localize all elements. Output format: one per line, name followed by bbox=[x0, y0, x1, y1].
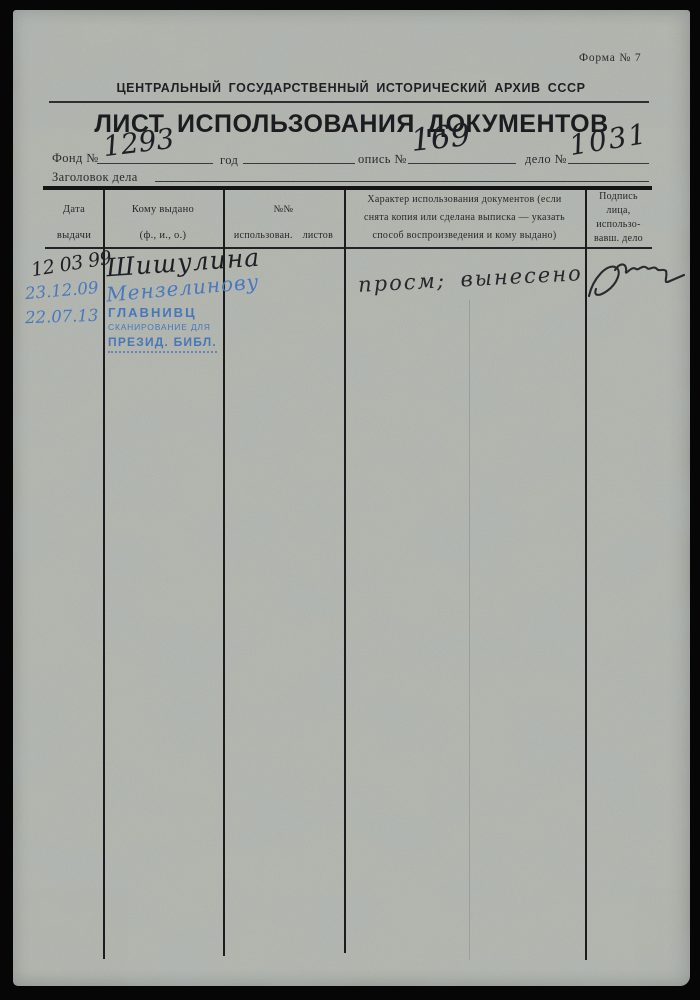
opis-label: опись № bbox=[358, 152, 407, 167]
column-header-usage-nature: Характер использования документов (если … bbox=[344, 191, 585, 245]
table-vline-4 bbox=[585, 190, 587, 960]
fond-label: Фонд № bbox=[52, 151, 99, 166]
table-vline-1 bbox=[103, 190, 105, 959]
opis-value-handwritten: 169 bbox=[409, 117, 472, 159]
table-top-rule bbox=[43, 186, 652, 190]
column-header-sheets: №№ использован. листов bbox=[223, 197, 344, 249]
god-line bbox=[243, 163, 355, 164]
delo-line bbox=[568, 163, 649, 164]
paper-crease bbox=[469, 300, 470, 960]
signature-scrawl bbox=[583, 258, 687, 304]
stamp-line-2: СКАНИРОВАНИЕ ДЛЯ bbox=[108, 322, 217, 332]
header-rule bbox=[49, 101, 649, 103]
column-header-signature: Подпись лица, использо- вавш. дело bbox=[585, 190, 652, 246]
column-header-issued-to: Кому выдано (ф., и., о.) bbox=[103, 197, 223, 249]
zagolovok-line bbox=[155, 181, 649, 182]
form-number: Форма № 7 bbox=[579, 52, 641, 64]
entry-date-2: 23.12.09 bbox=[24, 278, 99, 303]
library-stamp: ГЛАВНИВЦ СКАНИРОВАНИЕ ДЛЯ ПРЕЗИД. БИБЛ. bbox=[108, 305, 217, 353]
archive-header: ЦЕНТРАЛЬНЫЙ ГОСУДАРСТВЕННЫЙ ИСТОРИЧЕСКИЙ… bbox=[21, 81, 681, 95]
zagolovok-label: Заголовок дела bbox=[52, 170, 138, 185]
stamp-line-3: ПРЕЗИД. БИБЛ. bbox=[108, 335, 217, 353]
table-vline-2 bbox=[223, 190, 225, 956]
table-vline-3 bbox=[344, 190, 346, 953]
entry-date-1: 12 03 99 bbox=[30, 247, 113, 281]
stamp-line-1: ГЛАВНИВЦ bbox=[108, 305, 217, 320]
fond-value-handwritten: 1293 bbox=[101, 122, 176, 163]
opis-line bbox=[408, 163, 516, 164]
delo-label: дело № bbox=[525, 152, 567, 167]
entry-usage-note: просм; вынесено bbox=[358, 261, 584, 297]
fond-line bbox=[97, 163, 213, 164]
column-header-date: Дата выдачи bbox=[45, 197, 103, 249]
document-paper: Форма № 7 ЦЕНТРАЛЬНЫЙ ГОСУДАРСТВЕННЫЙ ИС… bbox=[13, 10, 690, 986]
god-label: год bbox=[220, 153, 238, 168]
entry-date-3: 22.07.13 bbox=[25, 306, 99, 328]
